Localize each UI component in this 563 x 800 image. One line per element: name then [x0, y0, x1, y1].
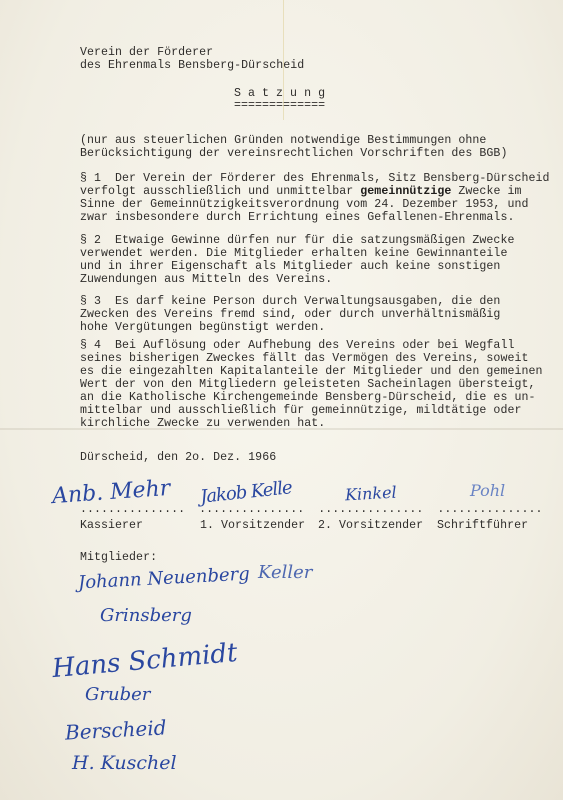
signature-vorsitzender-2: Kinkel [345, 483, 398, 505]
section-line: an die Katholische Kirchengemeinde Bensb… [80, 391, 535, 404]
member-signature: Keller [258, 562, 312, 583]
member-signature: H. Kuschel [72, 752, 177, 774]
members-label: Mitglieder: [80, 551, 157, 564]
role-schriftfuehrer: Schriftführer [437, 519, 528, 532]
preamble-line: (nur aus steuerlichen Gründen notwendige… [80, 134, 486, 147]
section-line: § 2 Etwaige Gewinne dürfen nur für die s… [80, 234, 514, 247]
preamble-line: Berücksichtigung der vereinsrechtlichen … [80, 147, 507, 160]
section-line: Sinne der Gemeinnützigkeitsverordnung vo… [80, 198, 528, 211]
section-line: es die eingezahlten Kapitalanteile der M… [80, 365, 543, 378]
association-name-line2: des Ehrenmals Bensberg-Dürscheid [80, 59, 304, 72]
member-signature: Gruber [85, 684, 150, 705]
section-line: Wert der von den Mitgliedern geleisteten… [80, 378, 535, 391]
association-name: Verein der Förderer [80, 46, 213, 59]
section-line: Zwecken des Vereins fremd sind, oder dur… [80, 308, 500, 321]
section-line: § 4 Bei Auflösung oder Aufhebung des Ver… [80, 339, 514, 352]
signature-schriftfuehrer: Pohl [470, 481, 505, 500]
emphasis: gemeinnützige [360, 185, 451, 198]
section-line: § 3 Es darf keine Person durch Verwaltun… [80, 295, 500, 308]
section-line: verwendet werden. Die Mitglieder erhalte… [80, 247, 507, 260]
place-date: Dürscheid, den 2o. Dez. 1966 [80, 451, 276, 464]
title-underline: ============= [234, 99, 325, 112]
section-line: Zuwendungen aus Mitteln des Vereins. [80, 273, 332, 286]
section-line: hohe Vergütungen begünstigt werden. [80, 321, 325, 334]
section-line: seines bisherigen Zweckes fällt das Verm… [80, 352, 528, 365]
section-line: § 1 Der Verein der Förderer des Ehrenmal… [80, 172, 550, 185]
section-line: mittelbar und ausschließlich für gemeinn… [80, 404, 521, 417]
member-signature: Grinsberg [100, 605, 192, 626]
section-line: kirchliche Zwecke zu verwenden hat. [80, 417, 325, 430]
role-vorsitzender-2: 2. Vorsitzender [318, 519, 423, 532]
signature-lines: ............... ............... ........… [80, 503, 543, 516]
role-vorsitzender-1: 1. Vorsitzender [200, 519, 305, 532]
section-line: zwar insbesondere durch Errichtung eines… [80, 211, 514, 224]
role-kassierer: Kassierer [80, 519, 143, 532]
section-line: und in ihrer Eigenschaft als Mitglieder … [80, 260, 500, 273]
section-line: verfolgt ausschließlich und unmittelbar … [80, 185, 521, 198]
